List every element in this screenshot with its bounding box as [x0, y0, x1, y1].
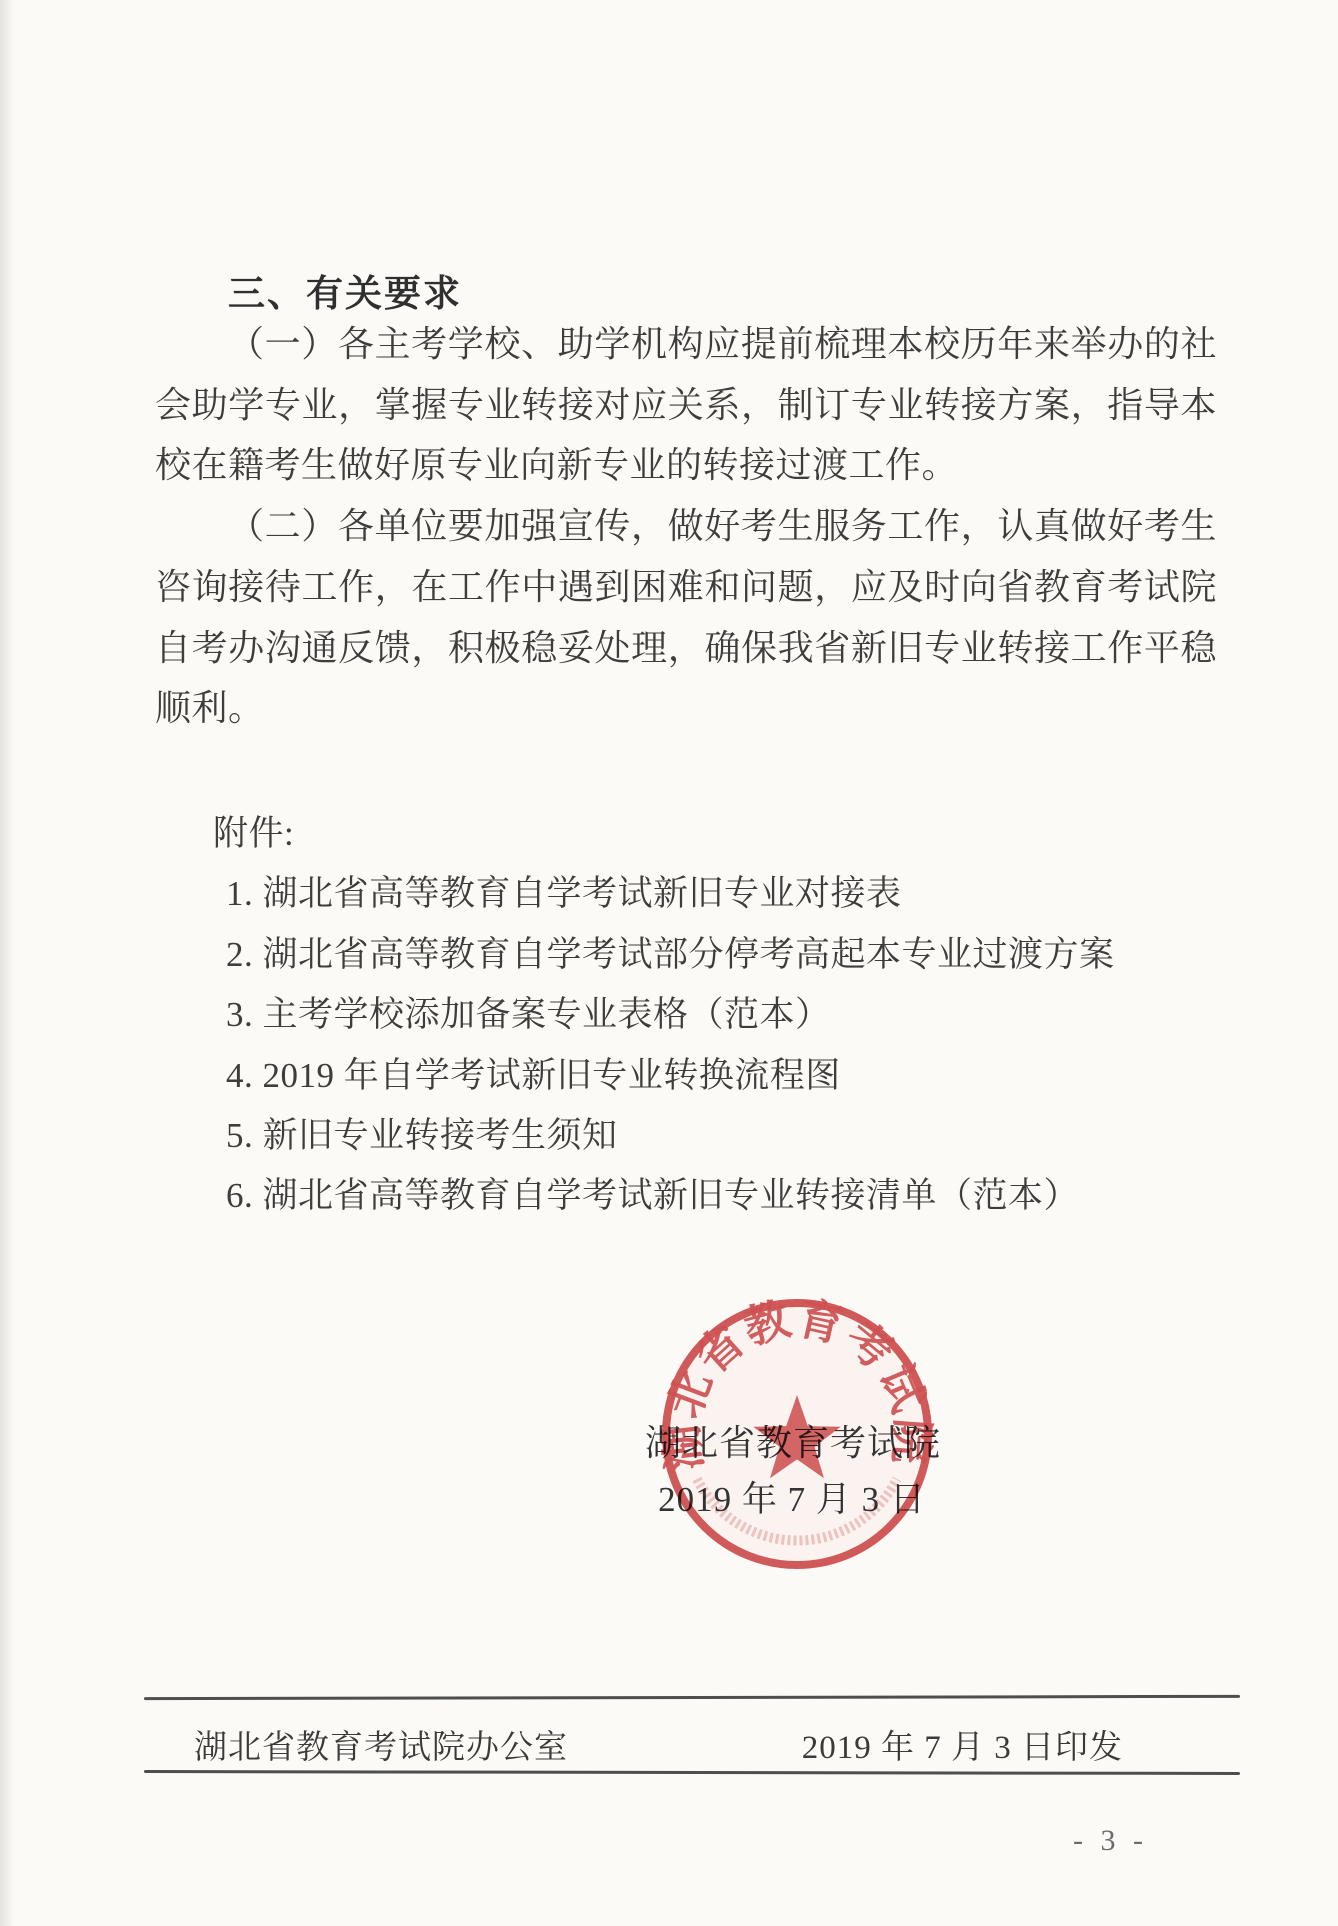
attachments-list: 附件: 1. 湖北省高等教育自学考试新旧专业对接表 2. 湖北省高等教育自学考试…	[155, 804, 1235, 1227]
attachment-item: 5. 新旧专业转接考生须知	[155, 1106, 1235, 1166]
body-line: 咨询接待工作，在工作中遇到困难和问题，应及时向省教育考试院	[155, 557, 1217, 618]
footer-office: 湖北省教育考试院办公室	[194, 1721, 568, 1768]
footer-issue-date: 2019 年 7 月 3 日印发	[802, 1721, 1123, 1768]
footer-bottom-rule	[144, 1770, 1240, 1775]
body-line: 校在籍考生做好原专业向新专业的转接过渡工作。	[155, 435, 1217, 496]
attachments-label: 附件:	[155, 804, 1235, 864]
body-line: 会助学专业，掌握专业转接对应关系，制订专业转接方案，指导本	[155, 375, 1217, 436]
section-heading: 三、有关要求	[228, 263, 462, 317]
attachment-item: 1. 湖北省高等教育自学考试新旧专业对接表	[155, 864, 1235, 924]
footer-top-rule	[144, 1695, 1240, 1700]
attachment-item: 6. 湖北省高等教育自学考试新旧专业转接清单（范本）	[155, 1166, 1235, 1226]
body-line: （一）各主考学校、助学机构应提前梳理本校历年来举办的社	[155, 314, 1217, 375]
page-number: - 3 -	[1073, 1824, 1148, 1858]
body-line: 自考办沟通反馈，积极稳妥处理，确保我省新旧专业转接工作平稳	[155, 618, 1217, 679]
attachment-item: 3. 主考学校添加备案专业表格（范本）	[155, 985, 1235, 1045]
attachment-item: 4. 2019 年自学考试新旧专业转换流程图	[155, 1046, 1235, 1106]
document-page: 三、有关要求 （一）各主考学校、助学机构应提前梳理本校历年来举办的社 会助学专业…	[0, 0, 1338, 1926]
official-seal: 湖北省教育考试院	[652, 1289, 942, 1579]
body-text: （一）各主考学校、助学机构应提前梳理本校历年来举办的社 会助学专业，掌握专业转接…	[155, 314, 1217, 739]
body-line: 顺利。	[155, 678, 1217, 739]
attachment-item: 2. 湖北省高等教育自学考试部分停考高起本专业过渡方案	[155, 925, 1235, 985]
body-line: （二）各单位要加强宣传，做好考生服务工作，认真做好考生	[155, 496, 1217, 557]
